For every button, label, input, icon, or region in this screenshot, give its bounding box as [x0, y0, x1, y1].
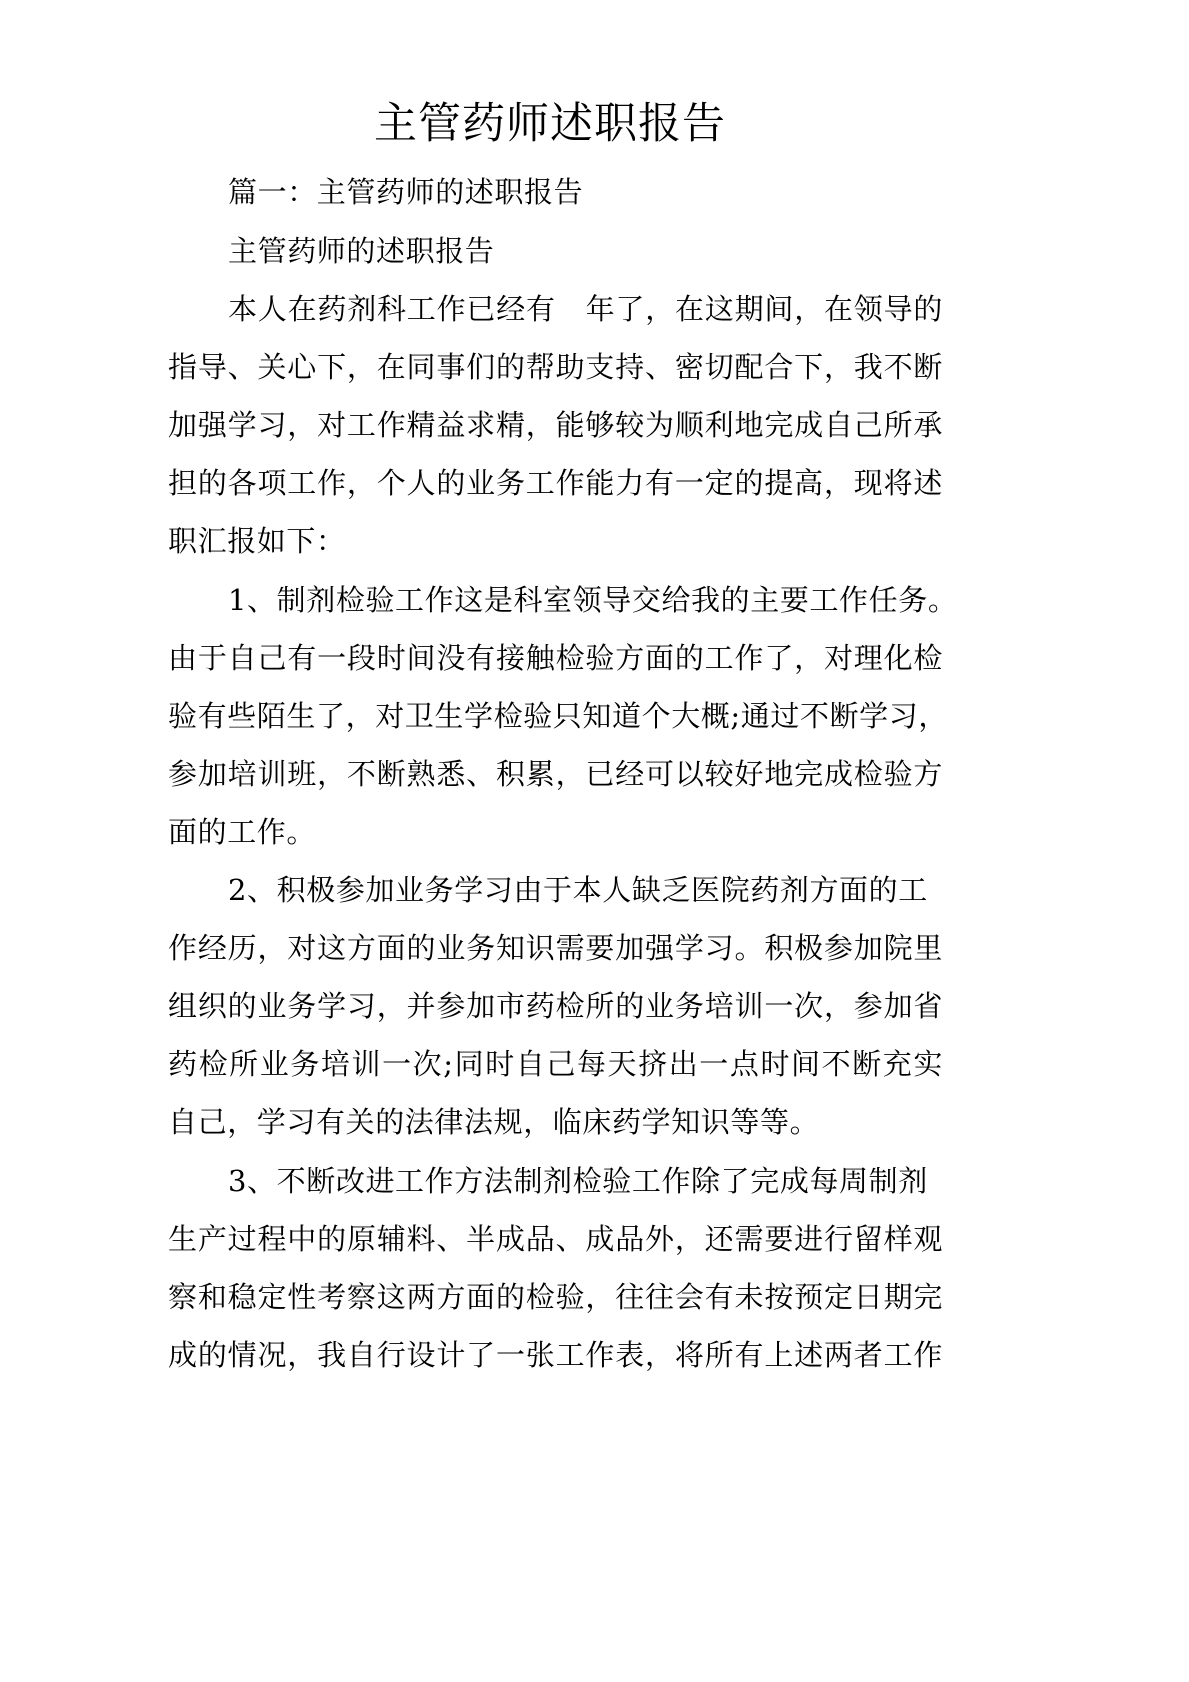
paragraph-line: 2、积极参加业务学习由于本人缺乏医院药剂方面的工 [228, 870, 943, 910]
paragraph-line: 成的情况，我自行设计了一张工作表，将所有上述两者工作 [168, 1335, 943, 1375]
paragraph-line: 1、制剂检验工作这是科室领导交给我的主要工作任务。 [228, 580, 943, 620]
paragraph-line: 面的工作。 [168, 812, 943, 852]
paragraph-line: 担的各项工作，个人的业务工作能力有一定的提高，现将述 [168, 463, 943, 503]
document-page: 主管药师述职报告 篇一：主管药师的述职报告 主管药师的述职报告 本人在药剂科工作… [0, 0, 1189, 1682]
section-heading: 篇一：主管药师的述职报告 [228, 172, 943, 212]
document-title: 主管药师述职报告 [0, 96, 1100, 152]
paragraph-line: 参加培训班，不断熟悉、积累，已经可以较好地完成检验方 [168, 754, 943, 794]
paragraph-line: 指导、关心下，在同事们的帮助支持、密切配合下，我不断 [168, 347, 943, 387]
report-heading: 主管药师的述职报告 [228, 231, 943, 271]
paragraph-line: 药检所业务培训一次;同时自己每天挤出一点时间不断充实 [168, 1044, 943, 1084]
paragraph-line: 自己，学习有关的法律法规，临床药学知识等等。 [168, 1102, 943, 1142]
paragraph-line: 3、不断改进工作方法制剂检验工作除了完成每周制剂 [228, 1161, 943, 1201]
paragraph-line: 验有些陌生了，对卫生学检验只知道个大概;通过不断学习， [168, 696, 943, 736]
paragraph-line: 由于自己有一段时间没有接触检验方面的工作了，对理化检 [168, 638, 943, 678]
paragraph-line: 作经历，对这方面的业务知识需要加强学习。积极参加院里 [168, 928, 943, 968]
paragraph-line: 生产过程中的原辅料、半成品、成品外，还需要进行留样观 [168, 1219, 943, 1259]
paragraph-line: 组织的业务学习，并参加市药检所的业务培训一次，参加省 [168, 986, 943, 1026]
paragraph-line: 本人在药剂科工作已经有 年了，在这期间，在领导的 [228, 289, 943, 329]
paragraph-line: 职汇报如下： [168, 521, 943, 561]
paragraph-line: 察和稳定性考察这两方面的检验，往往会有未按预定日期完 [168, 1277, 943, 1317]
paragraph-line: 加强学习，对工作精益求精，能够较为顺利地完成自己所承 [168, 405, 943, 445]
